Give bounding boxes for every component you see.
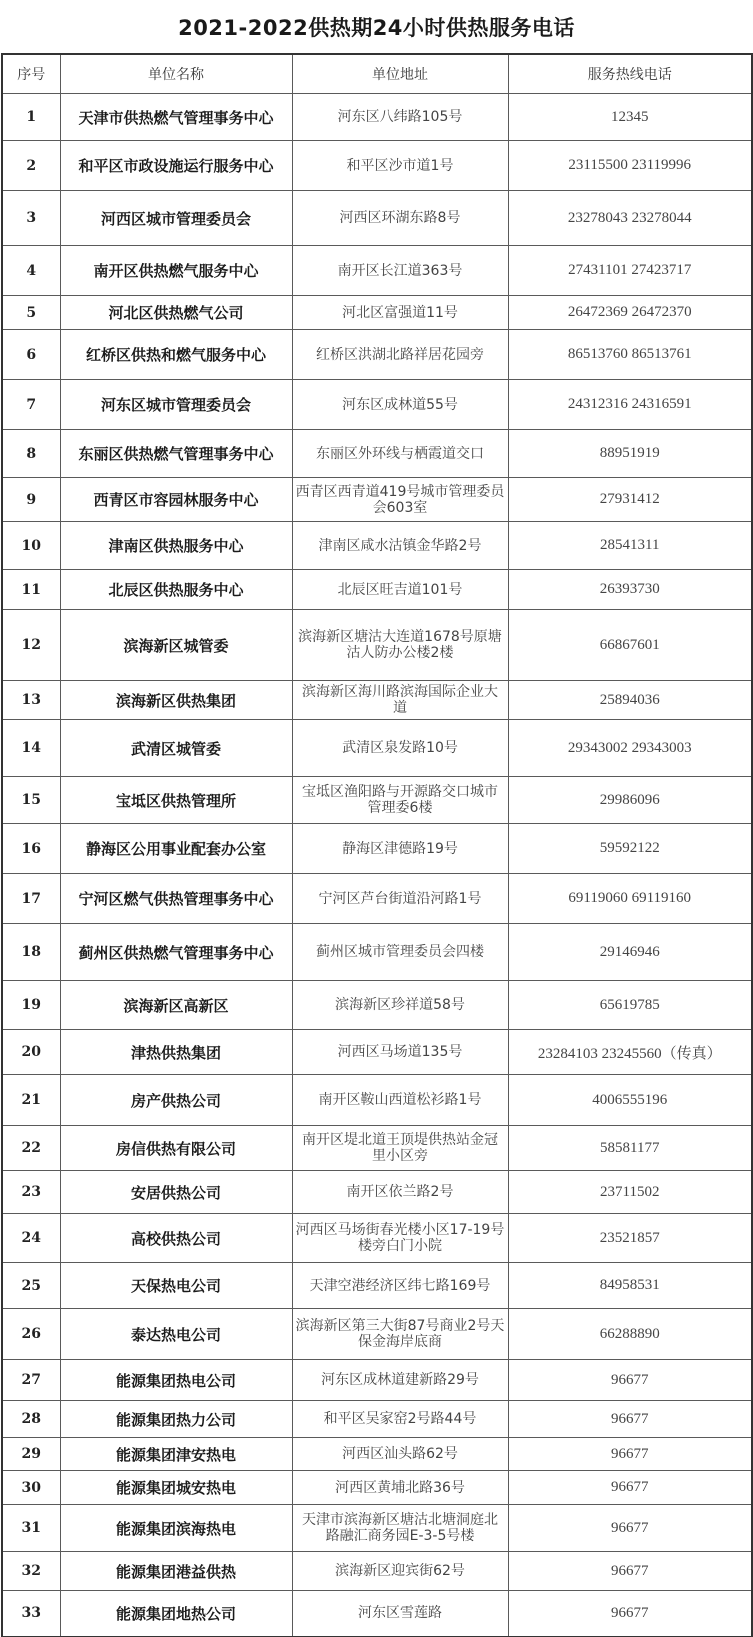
unit-name: 津南区供热服务中心 [60,522,292,570]
row-index: 19 [2,981,60,1030]
row-index: 1 [2,94,60,141]
table-row: 7河东区城市管理委员会河东区成林道55号24312316 24316591 [2,380,752,430]
row-index: 9 [2,478,60,522]
row-index: 3 [2,191,60,246]
unit-address: 南开区长江道363号 [292,246,508,296]
table-row: 26泰达热电公司滨海新区第三大街87号商业2号天保金海岸底商66288890 [2,1309,752,1360]
table-row: 32能源集团港益供热滨海新区迎宾街62号96677 [2,1552,752,1591]
hotline-phone: 65619785 [508,981,752,1030]
hotline-phone: 96677 [508,1438,752,1471]
document-title: 2021-2022供热期24小时供热服务电话 [0,0,753,53]
hotline-table: 序号 单位名称 单位地址 服务热线电话 1天津市供热燃气管理事务中心河东区八纬路… [1,53,753,1637]
table-row: 2和平区市政设施运行服务中心和平区沙市道1号23115500 23119996 [2,141,752,191]
table-row: 9西青区市容园林服务中心西青区西青道419号城市管理委员会603室2793141… [2,478,752,522]
row-index: 32 [2,1552,60,1591]
table-row: 13滨海新区供热集团滨海新区海川路滨海国际企业大道25894036 [2,681,752,720]
row-index: 33 [2,1591,60,1637]
header-hotline: 服务热线电话 [508,54,752,94]
row-index: 30 [2,1471,60,1505]
unit-name: 能源集团滨海热电 [60,1505,292,1552]
unit-name: 滨海新区供热集团 [60,681,292,720]
row-index: 28 [2,1401,60,1438]
unit-name: 宝坻区供热管理所 [60,777,292,824]
unit-address: 天津市滨海新区塘沽北塘洞庭北路融汇商务园E-3-5号楼 [292,1505,508,1552]
table-row: 11北辰区供热服务中心北辰区旺吉道101号26393730 [2,570,752,610]
unit-name: 河东区城市管理委员会 [60,380,292,430]
unit-name: 安居供热公司 [60,1171,292,1214]
row-index: 17 [2,874,60,924]
row-index: 31 [2,1505,60,1552]
unit-address: 南开区依兰路2号 [292,1171,508,1214]
unit-address: 滨海新区第三大街87号商业2号天保金海岸底商 [292,1309,508,1360]
unit-address: 南开区鞍山西道松衫路1号 [292,1075,508,1126]
unit-address: 南开区堤北道王顶堤供热站金冠里小区旁 [292,1126,508,1171]
hotline-phone: 96677 [508,1591,752,1637]
table-row: 10津南区供热服务中心津南区咸水沽镇金华路2号28541311 [2,522,752,570]
table-row: 31能源集团滨海热电天津市滨海新区塘沽北塘洞庭北路融汇商务园E-3-5号楼966… [2,1505,752,1552]
unit-address: 河北区富强道11号 [292,296,508,330]
hotline-phone: 27931412 [508,478,752,522]
hotline-phone: 29146946 [508,924,752,981]
unit-address: 红桥区洪湖北路祥居花园旁 [292,330,508,380]
unit-address: 河西区汕头路62号 [292,1438,508,1471]
unit-address: 河东区成林道55号 [292,380,508,430]
hotline-phone: 27431101 27423717 [508,246,752,296]
table-row: 22房信供热有限公司南开区堤北道王顶堤供热站金冠里小区旁58581177 [2,1126,752,1171]
unit-name: 能源集团津安热电 [60,1438,292,1471]
unit-name: 静海区公用事业配套办公室 [60,824,292,874]
unit-address: 河西区环湖东路8号 [292,191,508,246]
row-index: 25 [2,1263,60,1309]
row-index: 14 [2,720,60,777]
unit-name: 房产供热公司 [60,1075,292,1126]
table-row: 8东丽区供热燃气管理事务中心东丽区外环线与栖霞道交口88951919 [2,430,752,478]
unit-name: 泰达热电公司 [60,1309,292,1360]
table-row: 27能源集团热电公司河东区成林道建新路29号96677 [2,1360,752,1401]
unit-address: 滨海新区珍祥道58号 [292,981,508,1030]
header-unit-address: 单位地址 [292,54,508,94]
unit-address: 东丽区外环线与栖霞道交口 [292,430,508,478]
hotline-phone: 23115500 23119996 [508,141,752,191]
row-index: 11 [2,570,60,610]
row-index: 10 [2,522,60,570]
hotline-phone: 96677 [508,1471,752,1505]
table-header-row: 序号 单位名称 单位地址 服务热线电话 [2,54,752,94]
table-row: 30能源集团城安热电河西区黄埔北路36号96677 [2,1471,752,1505]
unit-address: 滨海新区迎宾街62号 [292,1552,508,1591]
table-row: 24高校供热公司河西区马场街春光楼小区17-19号楼旁白门小院23521857 [2,1214,752,1263]
table-row: 12滨海新区城管委滨海新区塘沽大连道1678号原塘沽人防办公楼2楼6686760… [2,610,752,681]
unit-address: 武清区泉发路10号 [292,720,508,777]
row-index: 26 [2,1309,60,1360]
unit-name: 北辰区供热服务中心 [60,570,292,610]
row-index: 5 [2,296,60,330]
row-index: 2 [2,141,60,191]
unit-address: 滨海新区海川路滨海国际企业大道 [292,681,508,720]
unit-address: 和平区沙市道1号 [292,141,508,191]
unit-address: 宝坻区渔阳路与开源路交口城市管理委6楼 [292,777,508,824]
hotline-phone: 84958531 [508,1263,752,1309]
table-row: 18蓟州区供热燃气管理事务中心蓟州区城市管理委员会四楼29146946 [2,924,752,981]
unit-name: 天津市供热燃气管理事务中心 [60,94,292,141]
unit-name: 津热供热集团 [60,1030,292,1075]
table-row: 15宝坻区供热管理所宝坻区渔阳路与开源路交口城市管理委6楼29986096 [2,777,752,824]
hotline-phone: 26472369 26472370 [508,296,752,330]
row-index: 23 [2,1171,60,1214]
unit-name: 东丽区供热燃气管理事务中心 [60,430,292,478]
unit-address: 河西区马场道135号 [292,1030,508,1075]
table-row: 5河北区供热燃气公司河北区富强道11号26472369 26472370 [2,296,752,330]
unit-name: 蓟州区供热燃气管理事务中心 [60,924,292,981]
unit-name: 高校供热公司 [60,1214,292,1263]
unit-address: 河东区八纬路105号 [292,94,508,141]
unit-name: 天保热电公司 [60,1263,292,1309]
row-index: 12 [2,610,60,681]
unit-address: 天津空港经济区纬七路169号 [292,1263,508,1309]
row-index: 21 [2,1075,60,1126]
table-row: 4南开区供热燃气服务中心南开区长江道363号27431101 27423717 [2,246,752,296]
unit-name: 滨海新区高新区 [60,981,292,1030]
table-row: 21房产供热公司南开区鞍山西道松衫路1号4006555196 [2,1075,752,1126]
unit-name: 南开区供热燃气服务中心 [60,246,292,296]
unit-address: 宁河区芦台街道沿河路1号 [292,874,508,924]
unit-name: 能源集团热电公司 [60,1360,292,1401]
hotline-phone: 96677 [508,1360,752,1401]
hotline-phone: 66288890 [508,1309,752,1360]
unit-name: 滨海新区城管委 [60,610,292,681]
unit-name: 宁河区燃气供热管理事务中心 [60,874,292,924]
unit-address: 滨海新区塘沽大连道1678号原塘沽人防办公楼2楼 [292,610,508,681]
table-row: 20津热供热集团河西区马场道135号23284103 23245560（传真） [2,1030,752,1075]
hotline-phone: 96677 [508,1505,752,1552]
row-index: 4 [2,246,60,296]
row-index: 8 [2,430,60,478]
unit-address: 北辰区旺吉道101号 [292,570,508,610]
hotline-phone: 28541311 [508,522,752,570]
hotline-phone: 24312316 24316591 [508,380,752,430]
row-index: 20 [2,1030,60,1075]
hotline-phone: 23284103 23245560（传真） [508,1030,752,1075]
unit-name: 和平区市政设施运行服务中心 [60,141,292,191]
unit-address: 津南区咸水沽镇金华路2号 [292,522,508,570]
row-index: 29 [2,1438,60,1471]
unit-name: 河北区供热燃气公司 [60,296,292,330]
table-row: 28能源集团热力公司和平区吴家窑2号路44号96677 [2,1401,752,1438]
unit-address: 河东区成林道建新路29号 [292,1360,508,1401]
unit-name: 武清区城管委 [60,720,292,777]
row-index: 22 [2,1126,60,1171]
unit-address: 和平区吴家窑2号路44号 [292,1401,508,1438]
unit-name: 房信供热有限公司 [60,1126,292,1171]
hotline-phone: 96677 [508,1401,752,1438]
unit-name: 西青区市容园林服务中心 [60,478,292,522]
row-index: 27 [2,1360,60,1401]
hotline-phone: 23521857 [508,1214,752,1263]
table-row: 33能源集团地热公司河东区雪莲路96677 [2,1591,752,1637]
unit-name: 红桥区供热和燃气服务中心 [60,330,292,380]
hotline-phone: 88951919 [508,430,752,478]
hotline-phone: 12345 [508,94,752,141]
table-row: 17宁河区燃气供热管理事务中心宁河区芦台街道沿河路1号69119060 6911… [2,874,752,924]
hotline-phone: 29986096 [508,777,752,824]
hotline-phone: 96677 [508,1552,752,1591]
hotline-phone: 26393730 [508,570,752,610]
unit-address: 河西区黄埔北路36号 [292,1471,508,1505]
unit-address: 河西区马场街春光楼小区17-19号楼旁白门小院 [292,1214,508,1263]
unit-name: 能源集团城安热电 [60,1471,292,1505]
row-index: 7 [2,380,60,430]
row-index: 6 [2,330,60,380]
unit-address: 蓟州区城市管理委员会四楼 [292,924,508,981]
row-index: 16 [2,824,60,874]
table-row: 29能源集团津安热电河西区汕头路62号96677 [2,1438,752,1471]
unit-address: 河东区雪莲路 [292,1591,508,1637]
hotline-phone: 69119060 69119160 [508,874,752,924]
table-row: 1天津市供热燃气管理事务中心河东区八纬路105号12345 [2,94,752,141]
row-index: 24 [2,1214,60,1263]
hotline-phone: 86513760 86513761 [508,330,752,380]
hotline-phone: 23278043 23278044 [508,191,752,246]
row-index: 15 [2,777,60,824]
unit-name: 河西区城市管理委员会 [60,191,292,246]
unit-address: 西青区西青道419号城市管理委员会603室 [292,478,508,522]
table-row: 23安居供热公司南开区依兰路2号23711502 [2,1171,752,1214]
table-row: 14武清区城管委武清区泉发路10号29343002 29343003 [2,720,752,777]
hotline-phone: 58581177 [508,1126,752,1171]
hotline-phone: 29343002 29343003 [508,720,752,777]
row-index: 18 [2,924,60,981]
table-row: 19滨海新区高新区滨海新区珍祥道58号65619785 [2,981,752,1030]
hotline-phone: 23711502 [508,1171,752,1214]
hotline-phone: 4006555196 [508,1075,752,1126]
unit-name: 能源集团地热公司 [60,1591,292,1637]
header-index: 序号 [2,54,60,94]
table-row: 3河西区城市管理委员会河西区环湖东路8号23278043 23278044 [2,191,752,246]
unit-name: 能源集团热力公司 [60,1401,292,1438]
hotline-phone: 59592122 [508,824,752,874]
row-index: 13 [2,681,60,720]
table-row: 6红桥区供热和燃气服务中心红桥区洪湖北路祥居花园旁86513760 865137… [2,330,752,380]
hotline-phone: 25894036 [508,681,752,720]
table-row: 25天保热电公司天津空港经济区纬七路169号84958531 [2,1263,752,1309]
unit-name: 能源集团港益供热 [60,1552,292,1591]
unit-address: 静海区津德路19号 [292,824,508,874]
table-row: 16静海区公用事业配套办公室静海区津德路19号59592122 [2,824,752,874]
header-unit-name: 单位名称 [60,54,292,94]
hotline-phone: 66867601 [508,610,752,681]
